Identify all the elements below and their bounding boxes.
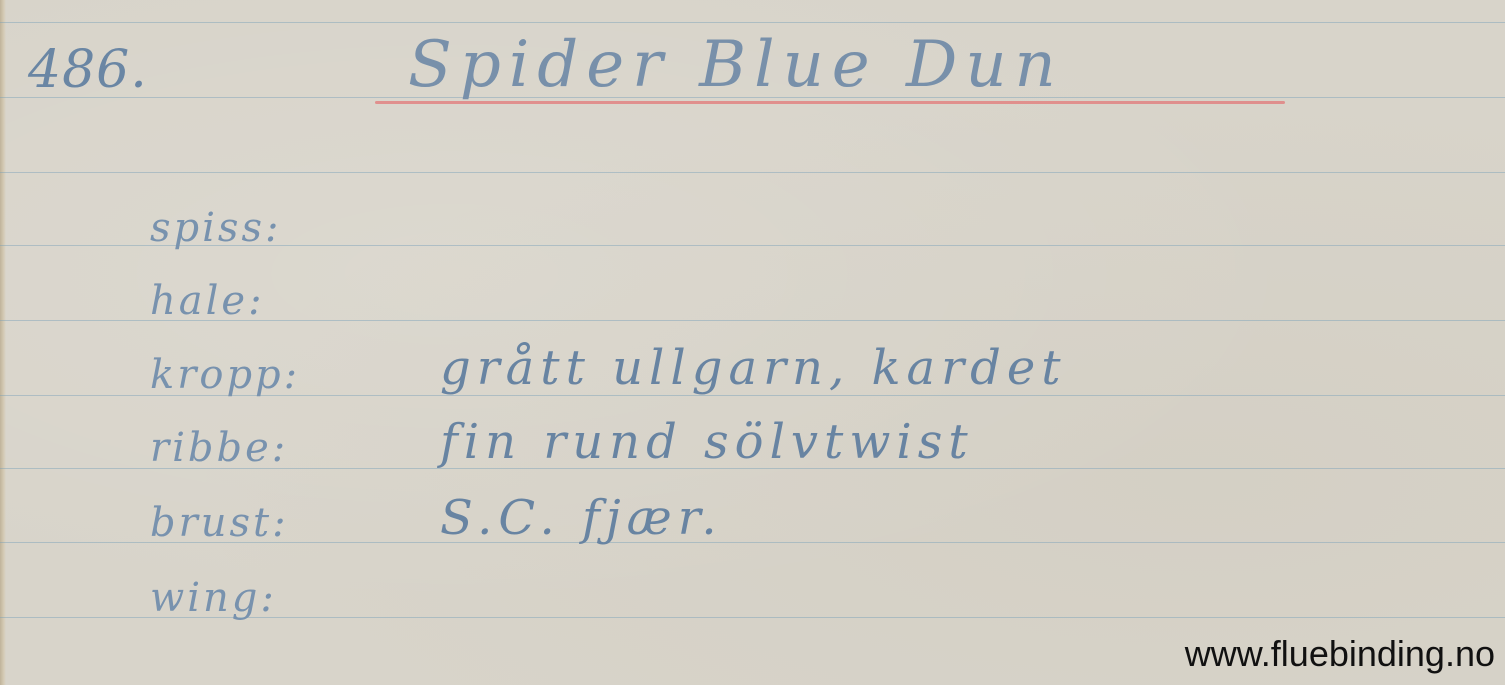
field-label-hale: hale: [150, 278, 265, 324]
ruled-line [0, 172, 1505, 173]
field-label-wing: wing: [150, 575, 277, 621]
notebook-page: 486. Spider Blue Dun spiss: hale: kropp:… [0, 0, 1505, 685]
entry-number: 486. [28, 40, 148, 100]
field-label-kropp: kropp: [150, 352, 300, 398]
field-label-spiss: spiss: [150, 205, 281, 251]
page-binding-edge [0, 0, 6, 685]
website-watermark: www.fluebinding.no [1185, 633, 1495, 675]
fly-pattern-title: Spider Blue Dun [408, 28, 1064, 102]
field-value-ribbe: fin rund sölvtwist [440, 414, 974, 470]
field-value-kropp: grått ullgarn, kardet [440, 340, 1067, 396]
ruled-line [0, 22, 1505, 23]
field-value-brust: S.C. fjær. [440, 490, 723, 546]
field-label-brust: brust: [150, 500, 289, 546]
field-label-ribbe: ribbe: [150, 425, 288, 471]
title-underline [375, 101, 1285, 104]
